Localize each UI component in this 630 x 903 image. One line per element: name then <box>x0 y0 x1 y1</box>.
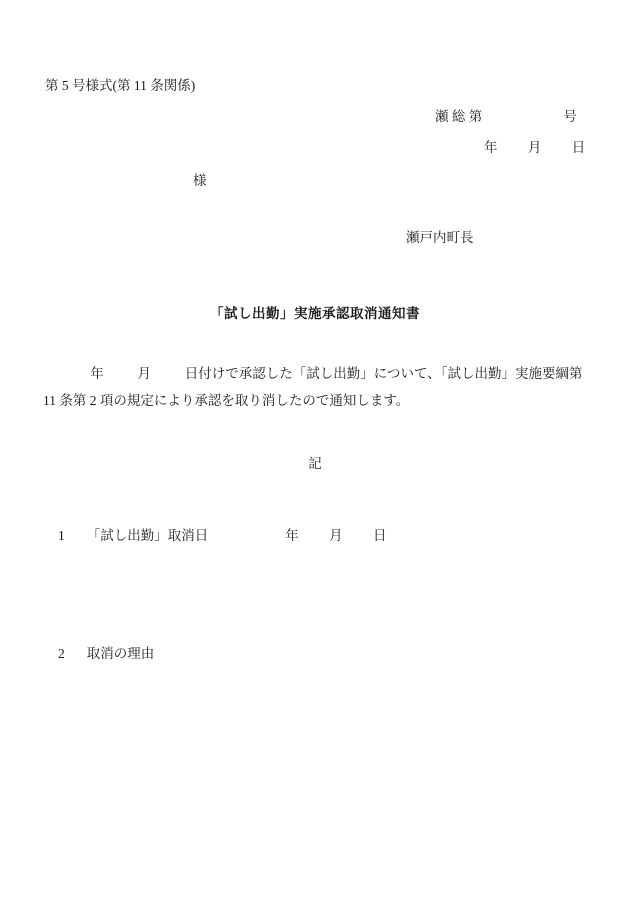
item-label: 「試し出勤」取消日 <box>87 528 209 544</box>
list-item-cancel-date: 1 「試し出勤」取消日 年 月 日 <box>58 528 387 544</box>
document-number-line: 瀬 総 第 号 <box>435 109 577 125</box>
form-number: 第 5 号様式(第 11 条関係) <box>45 78 195 94</box>
document-page: 第 5 号様式(第 11 条関係) 瀬 総 第 号 年 月 日 様 瀬戸内町長 … <box>0 0 630 903</box>
document-title: 「試し出勤」実施承認取消通知書 <box>0 306 630 322</box>
record-marker: 記 <box>0 456 630 472</box>
item-value-date-blank: 年 月 日 <box>285 528 386 544</box>
list-item-cancel-reason: 2 取消の理由 <box>58 646 154 662</box>
item-number: 2 <box>58 646 65 662</box>
sender-name: 瀬戸内町長 <box>406 230 474 246</box>
item-label: 取消の理由 <box>87 646 155 662</box>
issue-date-line: 年 月 日 <box>484 140 585 156</box>
item-number: 1 <box>58 528 65 544</box>
addressee-honorific: 様 <box>193 173 207 189</box>
body-paragraph: 年 月 日付けで承認した「試し出勤」について、「試し出勤」実施要綱第 11 条第… <box>43 360 582 414</box>
